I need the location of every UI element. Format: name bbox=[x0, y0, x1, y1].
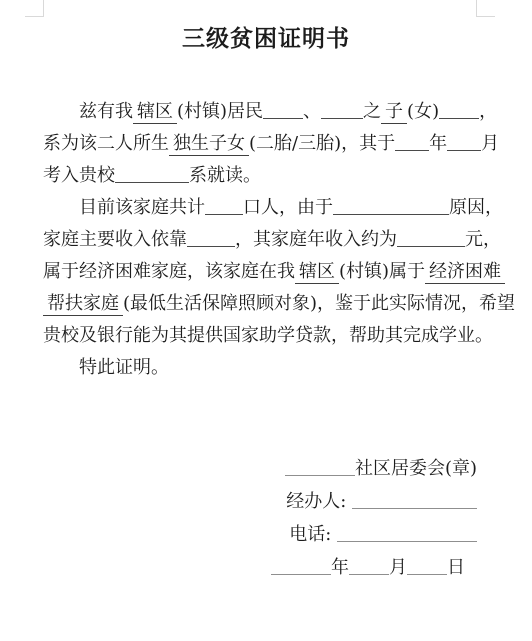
blank-fill-line bbox=[271, 560, 331, 575]
text-segment: (村镇)属于 bbox=[339, 261, 425, 282]
underlined-text: 经济困难 bbox=[425, 261, 505, 284]
text-line: 帮扶家庭(最低生活保障照顾对象)，鉴于此实际情况，希望 bbox=[43, 288, 503, 320]
blank-fill-line bbox=[349, 560, 389, 575]
text-segment: ，其家庭年收入约为 bbox=[235, 229, 397, 250]
document-body: 兹有我辖区(村镇)居民、之子(女)，系为该二人所生独生子女(二胎/三胎)，其于年… bbox=[43, 96, 503, 384]
text-segment: 系为该二人所生 bbox=[43, 133, 169, 154]
blank-fill-line bbox=[407, 560, 447, 575]
document-title: 三级贫困证明书 bbox=[0, 22, 532, 56]
signature-block: 社区居委会(章)经办人: 电话: 年月日 bbox=[43, 452, 503, 584]
blank-fill-line bbox=[115, 168, 189, 183]
blank-fill-line bbox=[337, 527, 477, 542]
text-segment: 月 bbox=[389, 557, 407, 578]
blank-fill-line bbox=[333, 200, 449, 215]
text-line: 社区居委会(章) bbox=[43, 452, 477, 485]
text-segment: 社区居委会(章) bbox=[355, 458, 477, 479]
text-segment: 经办人: bbox=[286, 491, 352, 512]
text-segment: (最低生活保障照顾对象)，鉴于此实际情况，希望 bbox=[123, 293, 515, 314]
text-segment: 系就读。 bbox=[189, 165, 261, 186]
text-segment: 考入贵校 bbox=[43, 165, 115, 186]
text-segment: 贵校及银行能为其提供国家助学贷款，帮助其完成学业。 bbox=[43, 325, 493, 346]
text-segment: 、 bbox=[303, 101, 321, 122]
blank-fill-line bbox=[352, 494, 477, 509]
text-segment: 之 bbox=[363, 101, 381, 122]
text-line: 电话: bbox=[43, 518, 477, 551]
blank-fill-line bbox=[447, 136, 481, 151]
text-line: 家庭主要收入依靠，其家庭年收入约为元， bbox=[43, 224, 503, 256]
text-line: 年月日 bbox=[43, 551, 477, 584]
blank-fill-line bbox=[205, 200, 243, 215]
text-segment: (村镇)居民 bbox=[177, 101, 263, 122]
text-line: 系为该二人所生独生子女(二胎/三胎)，其于年月 bbox=[43, 128, 503, 160]
blank-fill-line bbox=[285, 461, 355, 476]
margin-mark-top-right-icon bbox=[476, 0, 495, 17]
text-line: 贵校及银行能为其提供国家助学贷款，帮助其完成学业。 bbox=[43, 320, 503, 352]
blank-fill-line bbox=[439, 104, 479, 119]
underlined-text: 帮扶家庭 bbox=[43, 293, 123, 316]
text-segment: (女) bbox=[407, 101, 439, 122]
text-segment: 电话: bbox=[289, 524, 337, 545]
text-segment: 特此证明。 bbox=[79, 357, 169, 378]
text-line: 兹有我辖区(村镇)居民、之子(女)， bbox=[43, 96, 503, 128]
text-segment: (二胎/三胎)，其于 bbox=[249, 133, 395, 154]
text-segment: 兹有我 bbox=[79, 101, 133, 122]
underlined-text: 子 bbox=[381, 101, 407, 124]
text-line: 目前该家庭共计口人，由于原因， bbox=[43, 192, 503, 224]
text-segment: 目前该家庭共计 bbox=[79, 197, 205, 218]
text-line: 属于经济困难家庭，该家庭在我辖区(村镇)属于经济困难 bbox=[43, 256, 503, 288]
text-line: 特此证明。 bbox=[43, 352, 503, 384]
margin-mark-top-left-icon bbox=[25, 0, 44, 17]
text-segment: 年 bbox=[429, 133, 447, 154]
text-segment: 元， bbox=[465, 229, 501, 250]
blank-fill-line bbox=[263, 104, 303, 119]
certificate-page: 三级贫困证明书 兹有我辖区(村镇)居民、之子(女)，系为该二人所生独生子女(二胎… bbox=[0, 0, 532, 641]
blank-fill-line bbox=[187, 232, 235, 247]
blank-fill-line bbox=[397, 232, 465, 247]
text-segment: 年 bbox=[331, 557, 349, 578]
underlined-text: 独生子女 bbox=[169, 133, 249, 156]
text-segment: 家庭主要收入依靠 bbox=[43, 229, 187, 250]
text-segment: 月 bbox=[481, 133, 499, 154]
text-segment: 属于经济困难家庭，该家庭在我 bbox=[43, 261, 295, 282]
text-segment: 口人，由于 bbox=[243, 197, 333, 218]
text-segment: 日 bbox=[447, 557, 465, 578]
underlined-text: 辖区 bbox=[133, 101, 177, 124]
text-segment: 原因， bbox=[449, 197, 503, 218]
blank-fill-line bbox=[321, 104, 363, 119]
text-segment: ， bbox=[479, 101, 497, 122]
blank-fill-line bbox=[395, 136, 429, 151]
text-line: 经办人: bbox=[43, 485, 477, 518]
text-line: 考入贵校系就读。 bbox=[43, 160, 503, 192]
underlined-text: 辖区 bbox=[295, 261, 339, 284]
